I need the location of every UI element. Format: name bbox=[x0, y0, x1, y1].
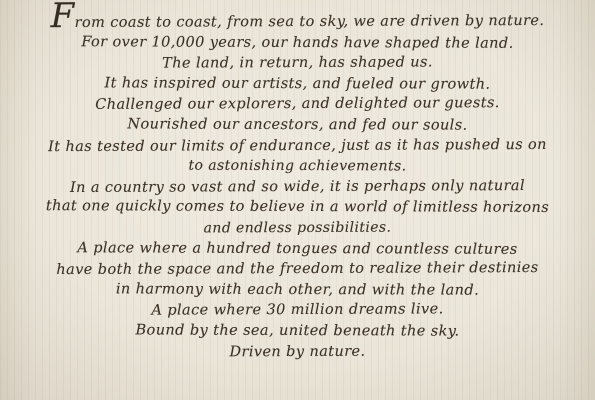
text-line: It has tested our limits of endurance, j… bbox=[0, 134, 595, 157]
text-line: have both the space and the freedom to r… bbox=[0, 258, 595, 281]
text-line: The land, in return, has shaped us. bbox=[0, 52, 595, 75]
text-line: and endless possibilities. bbox=[0, 217, 595, 240]
text-line: Challenged our explorers, and delighted … bbox=[0, 93, 595, 116]
text-line: A place where 30 million dreams live. bbox=[0, 299, 595, 322]
text-line: For over 10,000 years, our hands have sh… bbox=[0, 32, 595, 55]
text-line: in harmony with each other, and with the… bbox=[0, 279, 595, 302]
text-line: Nourished our ancestors, and fed our sou… bbox=[0, 114, 595, 137]
poem-text-block: From coast to coast, from sea to sky, we… bbox=[0, 10, 595, 362]
text-line: From coast to coast, from sea to sky, we… bbox=[0, 9, 595, 34]
text-line: In a country so vast and so wide, it is … bbox=[0, 175, 595, 198]
text-line: to astonishing achievements. bbox=[0, 155, 595, 178]
text-line: that one quickly comes to believe in a w… bbox=[0, 196, 595, 219]
text-line: Driven by nature. bbox=[0, 340, 595, 363]
text-line: It has inspired our artists, and fueled … bbox=[0, 73, 595, 96]
text-line: Bound by the sea, united beneath the sky… bbox=[0, 320, 595, 343]
paper-page: From coast to coast, from sea to sky, we… bbox=[0, 0, 595, 400]
text-line: A place where a hundred tongues and coun… bbox=[0, 237, 595, 260]
